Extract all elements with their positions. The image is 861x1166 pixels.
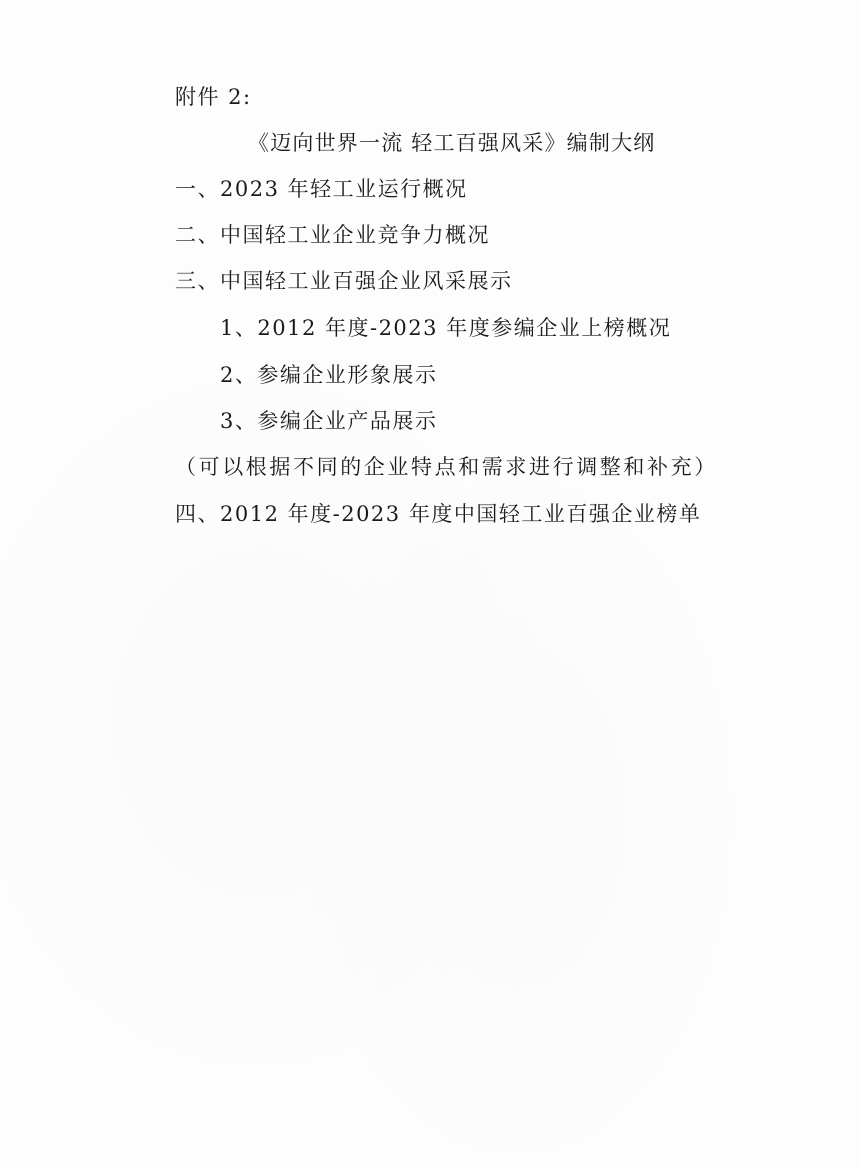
document-title: 《迈向世界一流 轻工百强风采》编制大纲 <box>248 128 655 158</box>
outline-section-3: 三、中国轻工业百强企业风采展示 <box>175 266 513 296</box>
document-page: 附件 2: 《迈向世界一流 轻工百强风采》编制大纲 一、2023 年轻工业运行概… <box>0 0 861 1166</box>
outline-note: （可以根据不同的企业特点和需求进行调整和补充） <box>175 452 718 482</box>
outline-subitem-3-2: 2、参编企业形象展示 <box>220 360 437 390</box>
outline-section-4: 四、2012 年度-2023 年度中国轻工业百强企业榜单 <box>175 499 701 529</box>
outline-subitem-3-1: 1、2012 年度-2023 年度参编企业上榜概况 <box>220 313 671 343</box>
outline-section-2: 二、中国轻工业企业竞争力概况 <box>175 220 490 250</box>
attachment-label: 附件 2: <box>175 82 252 112</box>
outline-section-1: 一、2023 年轻工业运行概况 <box>175 174 468 204</box>
outline-subitem-3-3: 3、参编企业产品展示 <box>220 406 437 436</box>
